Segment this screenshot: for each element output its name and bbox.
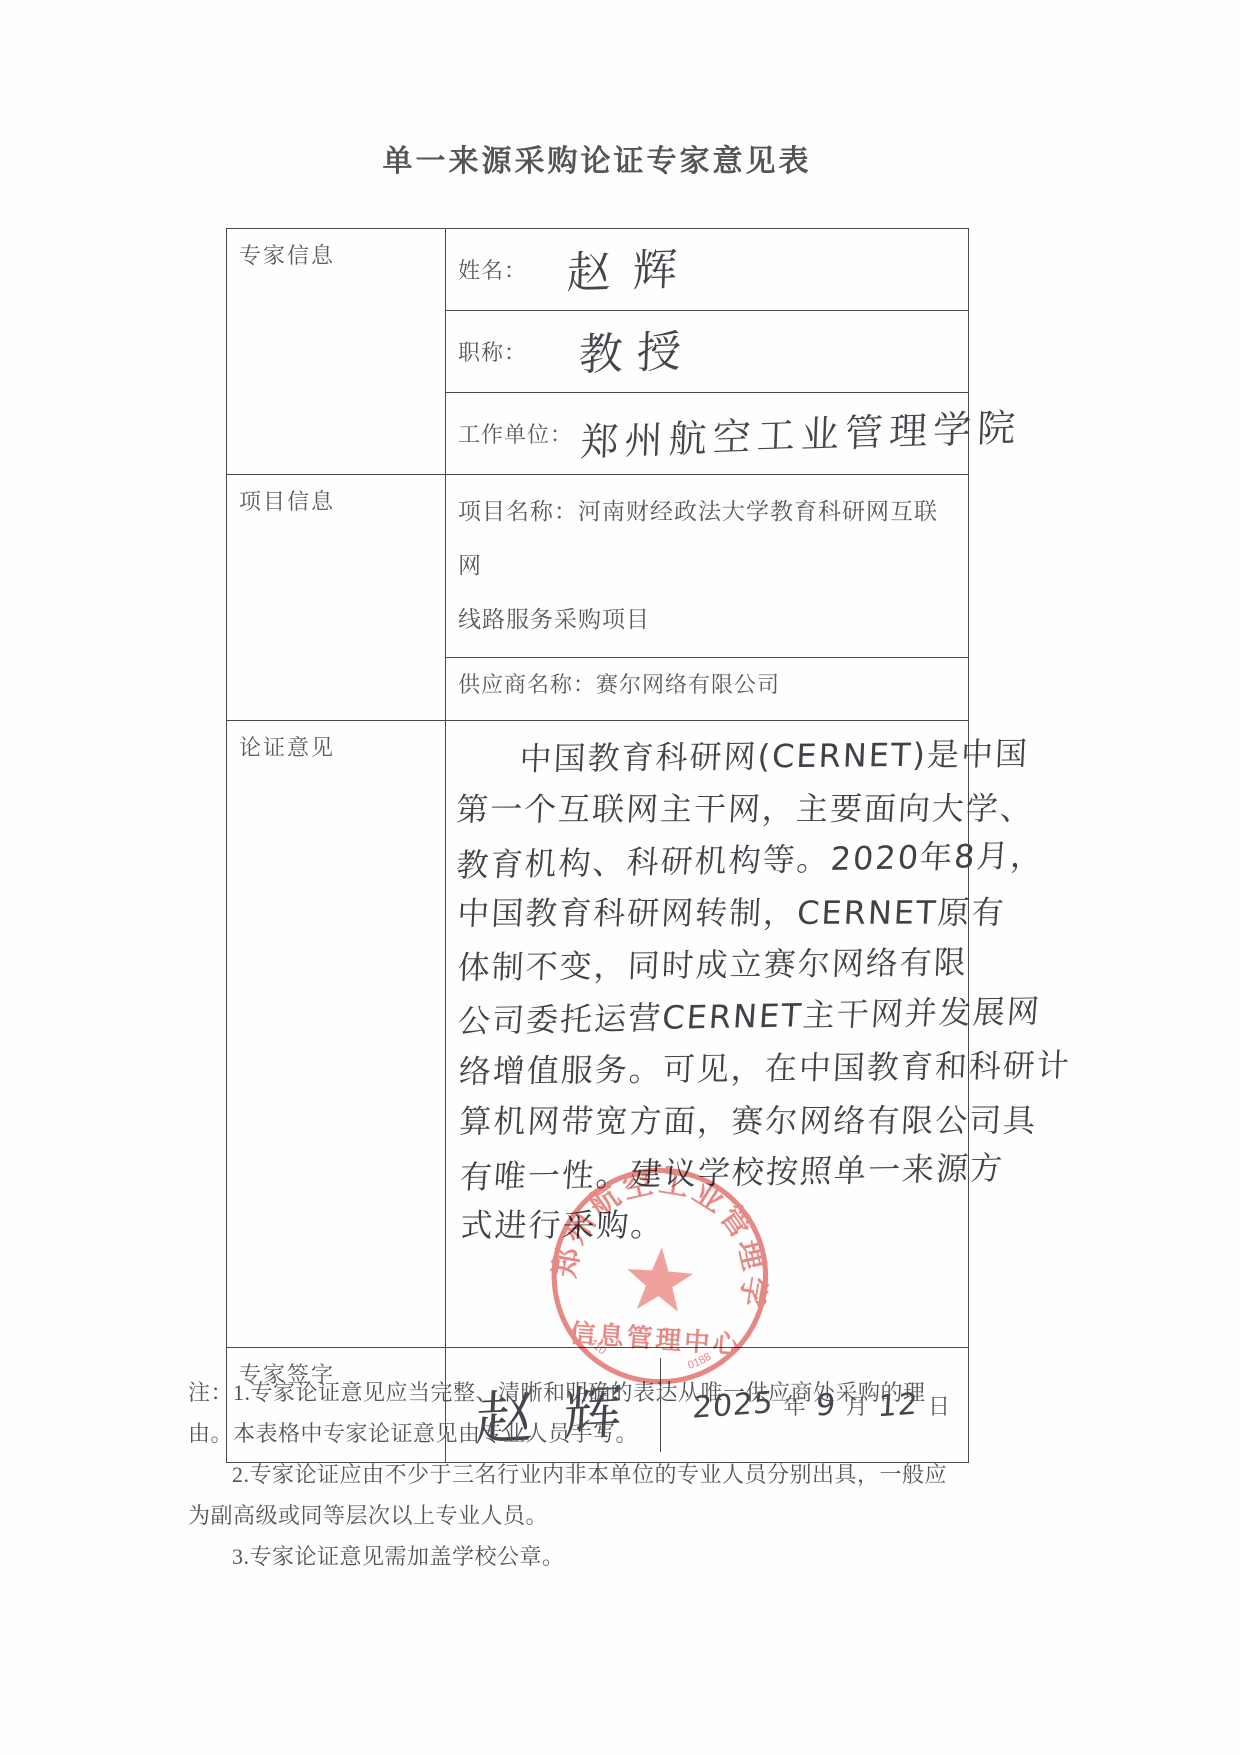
opinion-handwritten-text: 中国教育科研网(CERNET)是中国 第一个互联网主干网，主要面向大学、 教育机… [455, 728, 958, 1253]
opinion-line: 式进行采购。 [459, 1199, 959, 1252]
rank-label: 职称： [458, 336, 527, 367]
opinion-line: 中国教育科研网转制，CERNET原有 [456, 887, 956, 940]
opinion-line: 有唯一性。建议学校按照单一来源方 [458, 1143, 960, 1204]
table-row: 项目信息 项目名称：河南财经政法大学教育科研网互联网 线路服务采购项目 [227, 475, 969, 658]
opinion-handwritten-cell: 中国教育科研网(CERNET)是中国 第一个互联网主干网，主要面向大学、 教育机… [446, 721, 969, 1348]
expert-info-section-label: 专家信息 [227, 229, 446, 475]
footnote-line: 注：1.专家论证意见应当完整、清晰和明确的表达从唯一供应商处采购的理 [188, 1372, 1068, 1413]
table-row: 论证意见 中国教育科研网(CERNET)是中国 第一个互联网主干网，主要面向大学… [227, 721, 969, 1348]
supplier-name-cell: 供应商名称：赛尔网络有限公司 [446, 658, 969, 721]
opinion-form-table: 专家信息 姓名： 赵辉 职称： 教授 [226, 228, 969, 1463]
footnote-line: 为副高级或同等层次以上专业人员。 [188, 1495, 1068, 1536]
expert-workplace-cell: 工作单位： 郑州航空工业管理学院 [446, 393, 969, 475]
name-label: 姓名： [458, 254, 527, 285]
expert-name-cell: 姓名： 赵辉 [446, 229, 969, 311]
opinion-line: 教育机构、科研机构等。2020年8月， [455, 831, 957, 892]
opinion-line: 算机网带宽方面，赛尔网络有限公司具 [458, 1095, 958, 1148]
project-name-line1: 项目名称：河南财经政法大学教育科研网互联网 [458, 485, 956, 593]
workplace-handwritten-value: 郑州航空工业管理学院 [580, 396, 1023, 466]
page-title: 单一来源采购论证专家意见表 [226, 136, 968, 180]
rank-handwritten-value: 教授 [578, 314, 696, 382]
footnote-line: 2.专家论证应由不少于三名行业内非本单位的专业人员分别出具，一般应 [188, 1454, 1068, 1495]
opinion-line: 中国教育科研网(CERNET)是中国 [454, 728, 954, 785]
project-info-section-label: 项目信息 [227, 475, 446, 721]
scanned-document-page: 单一来源采购论证专家意见表 专家信息 姓名： 赵辉 职称： 教授 [0, 0, 1240, 1755]
footnote-line: 由。本表格中专家论证意见由专业人员手写。 [188, 1413, 1068, 1454]
opinion-line: 公司委托运营CERNET主干网并发展网 [456, 987, 958, 1048]
table-row: 专家信息 姓名： 赵辉 [227, 229, 969, 311]
project-name-cell: 项目名称：河南财经政法大学教育科研网互联网 线路服务采购项目 [446, 475, 969, 658]
opinion-line: 第一个互联网主干网，主要面向大学、 [455, 783, 955, 836]
name-handwritten-value: 赵辉 [566, 232, 700, 301]
opinion-line: 络增值服务。可见，在中国教育和科研计 [458, 1040, 958, 1097]
opinion-section-label: 论证意见 [227, 721, 446, 1348]
footnote-line: 3.专家论证意见需加盖学校公章。 [188, 1536, 1068, 1577]
workplace-label: 工作单位： [458, 418, 573, 449]
project-name-line2: 线路服务采购项目 [458, 593, 956, 647]
expert-rank-cell: 职称： 教授 [446, 311, 969, 393]
footnotes: 注：1.专家论证意见应当完整、清晰和明确的表达从唯一供应商处采购的理 由。本表格… [188, 1372, 1068, 1577]
opinion-line: 体制不变，同时成立赛尔网络有限 [457, 936, 957, 993]
